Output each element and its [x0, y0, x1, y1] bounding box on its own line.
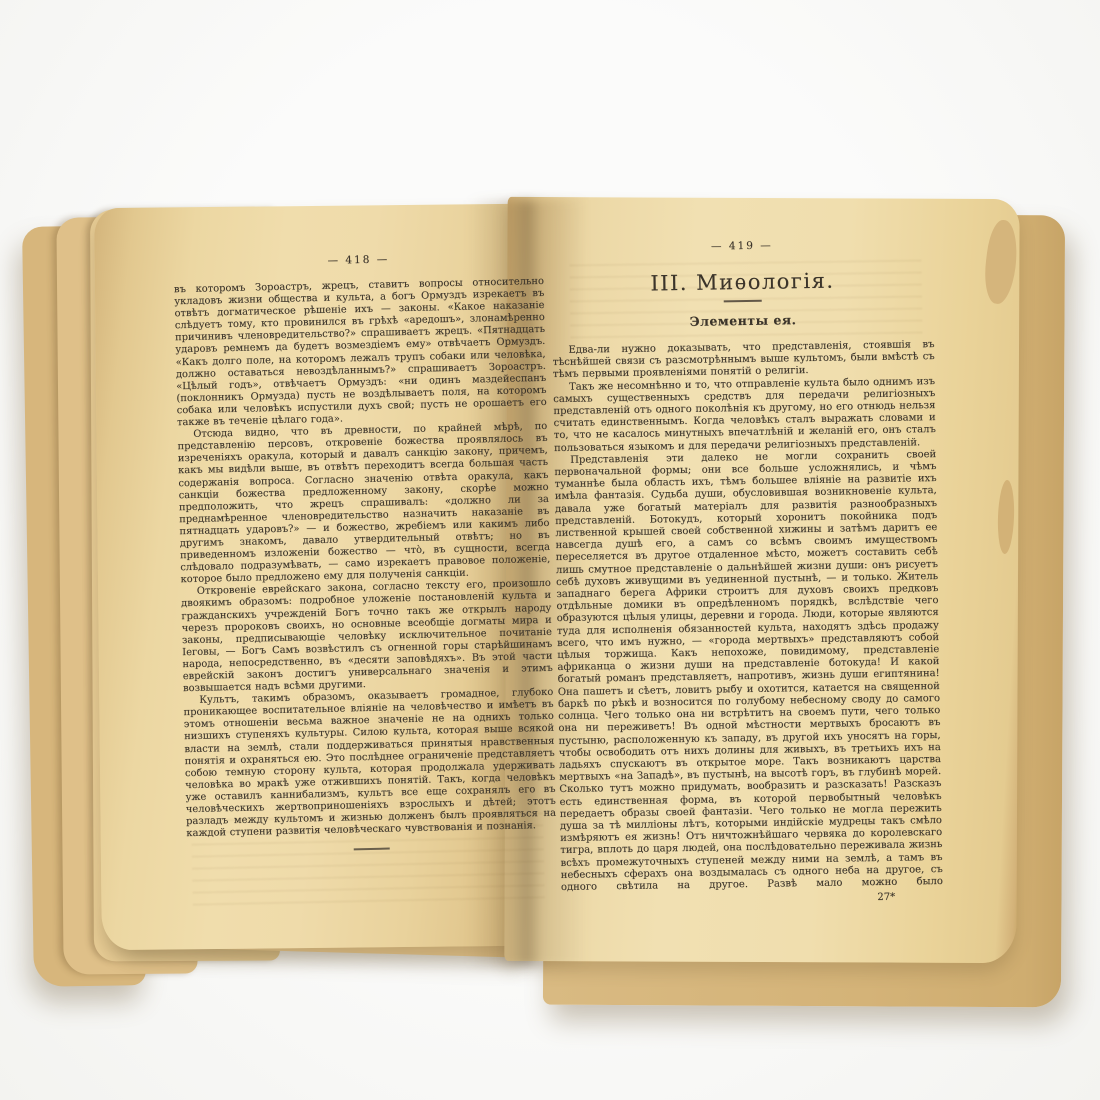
section-subheading: Элементы ея. — [552, 310, 934, 331]
paragraph: Представленія эти далеко не могли сохран… — [554, 449, 943, 894]
right-page-body: Едва-ли нужно доказывать, что представле… — [552, 339, 943, 894]
paragraph: въ которомъ Зороастръ, жрецъ, ставитъ во… — [174, 276, 547, 429]
left-page-body: въ которомъ Зороастръ, жрецъ, ставитъ во… — [174, 276, 557, 841]
book-photo: { "photo": { "background_color": "#f8f8f… — [0, 0, 1100, 1100]
paragraph: Такъ же несомнѣнно и то, что отправленіе… — [553, 376, 936, 455]
paragraph: Культъ, такимъ образомъ, оказываетъ гром… — [183, 687, 556, 840]
paragraph: Отсюда видно, что въ древности, по крайн… — [177, 421, 550, 587]
chapter-heading: III. Миѳологія. — [551, 267, 933, 297]
left-page-content: — 418 — въ которомъ Зороастръ, жрецъ, ст… — [173, 250, 556, 855]
right-page-content: — 419 — III. Миѳологія. Элементы ея. Едв… — [551, 237, 943, 908]
paragraph: Едва-ли нужно доказывать, что представле… — [552, 339, 935, 382]
heading-rule — [724, 300, 762, 303]
paragraph: Откровеніе еврейскаго закона, согласно т… — [181, 578, 553, 695]
